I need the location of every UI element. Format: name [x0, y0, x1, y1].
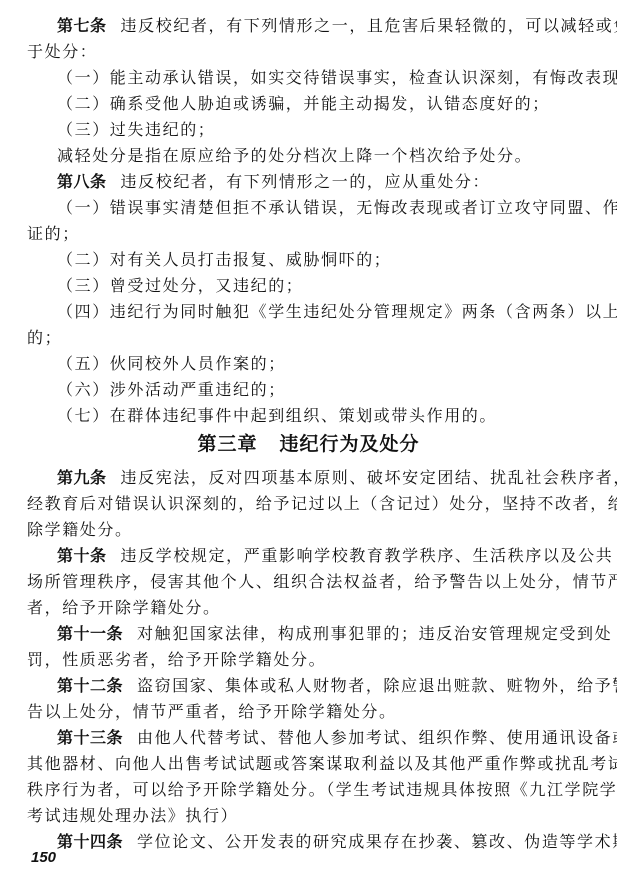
chapter-heading: 第三章违纪行为及处分	[0, 430, 617, 458]
page-number: 150	[31, 849, 56, 866]
line-text: （二）对有关人员打击报复、威胁恫吓的；	[57, 250, 391, 269]
line-text: 考试违规处理办法》执行）	[27, 806, 238, 825]
text-line: 减轻处分是指在原应给予的处分档次上降一个档次给予处分。	[57, 143, 567, 169]
line-text: 告以上处分，情节严重者，给予开除学籍处分。	[27, 702, 397, 721]
line-text: 经教育后对错误认识深刻的，给予记过以上（含记过）处分，坚持不改者，给予开	[27, 494, 617, 513]
text-line: 考试违规处理办法》执行）	[27, 803, 567, 829]
article-number: 第七条	[57, 16, 107, 35]
line-text: （三）曾受过处分，又违纪的；	[57, 276, 303, 295]
text-line: （二）确系受他人胁迫或诱骗，并能主动揭发，认错态度好的；	[57, 91, 567, 117]
line-text: （七）在群体违纪事件中起到组织、策划或带头作用的。	[57, 406, 497, 425]
text-line: （六）涉外活动严重违纪的；	[57, 377, 567, 403]
line-text: 由他人代替考试、替他人参加考试、组织作弊、使用通讯设备或	[137, 728, 617, 747]
article-heading-line: 第十条违反学校规定，严重影响学校教育教学秩序、生活秩序以及公共	[57, 543, 567, 569]
text-line: 的；	[27, 325, 567, 351]
line-text: 罚，性质恶劣者，给予开除学籍处分。	[27, 650, 326, 669]
line-text: （四）违纪行为同时触犯《学生违纪处分管理规定》两条（含两条）以上规定	[57, 302, 617, 321]
line-text: 违反校纪者，有下列情形之一的，应从重处分：	[121, 172, 491, 191]
line-text: （二）确系受他人胁迫或诱骗，并能主动揭发，认错态度好的；	[57, 94, 550, 113]
article-number: 第十三条	[57, 728, 123, 747]
text-line: 除学籍处分。	[27, 517, 567, 543]
text-line: （四）违纪行为同时触犯《学生违纪处分管理规定》两条（含两条）以上规定	[57, 299, 567, 325]
text-line: （一）能主动承认错误，如实交待错误事实，检查认识深刻，有悔改表现的；	[57, 65, 567, 91]
text-line: 于处分：	[27, 39, 567, 65]
line-text: 秩序行为者，可以给予开除学籍处分。（学生考试违规具体按照《九江学院学生	[27, 780, 617, 799]
article-heading-line: 第十一条对触犯国家法律，构成刑事犯罪的；违反治安管理规定受到处	[57, 621, 567, 647]
article-heading-line: 第七条违反校纪者，有下列情形之一，且危害后果轻微的，可以减轻或免	[57, 13, 567, 39]
line-text: 除学籍处分。	[27, 520, 133, 539]
line-text: （五）伙同校外人员作案的；	[57, 354, 286, 373]
article-heading-line: 第八条违反校纪者，有下列情形之一的，应从重处分：	[57, 169, 567, 195]
text-line: （二）对有关人员打击报复、威胁恫吓的；	[57, 247, 567, 273]
line-text: （一）错误事实清楚但拒不承认错误，无悔改表现或者订立攻守同盟、作伪	[57, 198, 617, 217]
line-text: 盗窃国家、集体或私人财物者，除应退出赃款、赃物外，给予警	[137, 676, 617, 695]
text-line: 告以上处分，情节严重者，给予开除学籍处分。	[27, 699, 567, 725]
line-text: （三）过失违纪的；	[57, 120, 215, 139]
line-text: 者，给予开除学籍处分。	[27, 598, 221, 617]
article-number: 第十二条	[57, 676, 123, 695]
text-line: （三）过失违纪的；	[57, 117, 567, 143]
line-text: 其他器材、向他人出售考试试题或答案谋取利益以及其他严重作弊或扰乱考试	[27, 754, 617, 773]
text-line: 其他器材、向他人出售考试试题或答案谋取利益以及其他严重作弊或扰乱考试	[27, 751, 567, 777]
line-text: 的；	[27, 328, 62, 347]
line-text: 违反宪法，反对四项基本原则、破坏安定团结、扰乱社会秩序者，	[121, 468, 617, 487]
line-text: 场所管理秩序，侵害其他个人、组织合法权益者，给予警告以上处分，情节严重	[27, 572, 617, 591]
article-heading-line: 第九条违反宪法，反对四项基本原则、破坏安定团结、扰乱社会秩序者，	[57, 465, 567, 491]
line-text: （六）涉外活动严重违纪的；	[57, 380, 286, 399]
article-number: 第十四条	[57, 832, 123, 851]
text-line: 者，给予开除学籍处分。	[27, 595, 567, 621]
line-text: 对触犯国家法律，构成刑事犯罪的；违反治安管理规定受到处	[137, 624, 612, 643]
text-line: 经教育后对错误认识深刻的，给予记过以上（含记过）处分，坚持不改者，给予开	[27, 491, 567, 517]
text-line: 罚，性质恶劣者，给予开除学籍处分。	[27, 647, 567, 673]
article-heading-line: 第十二条盗窃国家、集体或私人财物者，除应退出赃款、赃物外，给予警	[57, 673, 567, 699]
line-text: 于处分：	[27, 42, 97, 61]
line-text: 违反学校规定，严重影响学校教育教学秩序、生活秩序以及公共	[121, 546, 614, 565]
article-number: 第十条	[57, 546, 107, 565]
article-number: 第十一条	[57, 624, 123, 643]
document-page: 第七条违反校纪者，有下列情形之一，且危害后果轻微的，可以减轻或免于处分：（一）能…	[0, 0, 617, 890]
article-heading-line: 第十四条学位论文、公开发表的研究成果存在抄袭、篡改、伪造等学术欺	[57, 829, 567, 855]
article-heading-line: 第十三条由他人代替考试、替他人参加考试、组织作弊、使用通讯设备或	[57, 725, 567, 751]
article-number: 第九条	[57, 468, 107, 487]
article-number: 第八条	[57, 172, 107, 191]
chapter-title: 违纪行为及处分	[280, 433, 420, 455]
text-line: （三）曾受过处分，又违纪的；	[57, 273, 567, 299]
text-line: 场所管理秩序，侵害其他个人、组织合法权益者，给予警告以上处分，情节严重	[27, 569, 567, 595]
text-line: 证的；	[27, 221, 567, 247]
line-text: 减轻处分是指在原应给予的处分档次上降一个档次给予处分。	[57, 146, 532, 165]
text-line: （七）在群体违纪事件中起到组织、策划或带头作用的。	[57, 403, 567, 429]
line-text: 证的；	[27, 224, 80, 243]
text-line: （五）伙同校外人员作案的；	[57, 351, 567, 377]
line-text: （一）能主动承认错误，如实交待错误事实，检查认识深刻，有悔改表现的；	[57, 68, 617, 87]
text-line: 秩序行为者，可以给予开除学籍处分。（学生考试违规具体按照《九江学院学生	[27, 777, 567, 803]
line-text: 学位论文、公开发表的研究成果存在抄袭、篡改、伪造等学术欺	[137, 832, 617, 851]
text-line: （一）错误事实清楚但拒不承认错误，无悔改表现或者订立攻守同盟、作伪	[57, 195, 567, 221]
line-text: 违反校纪者，有下列情形之一，且危害后果轻微的，可以减轻或免	[121, 16, 617, 35]
chapter-number: 第三章	[197, 433, 257, 455]
